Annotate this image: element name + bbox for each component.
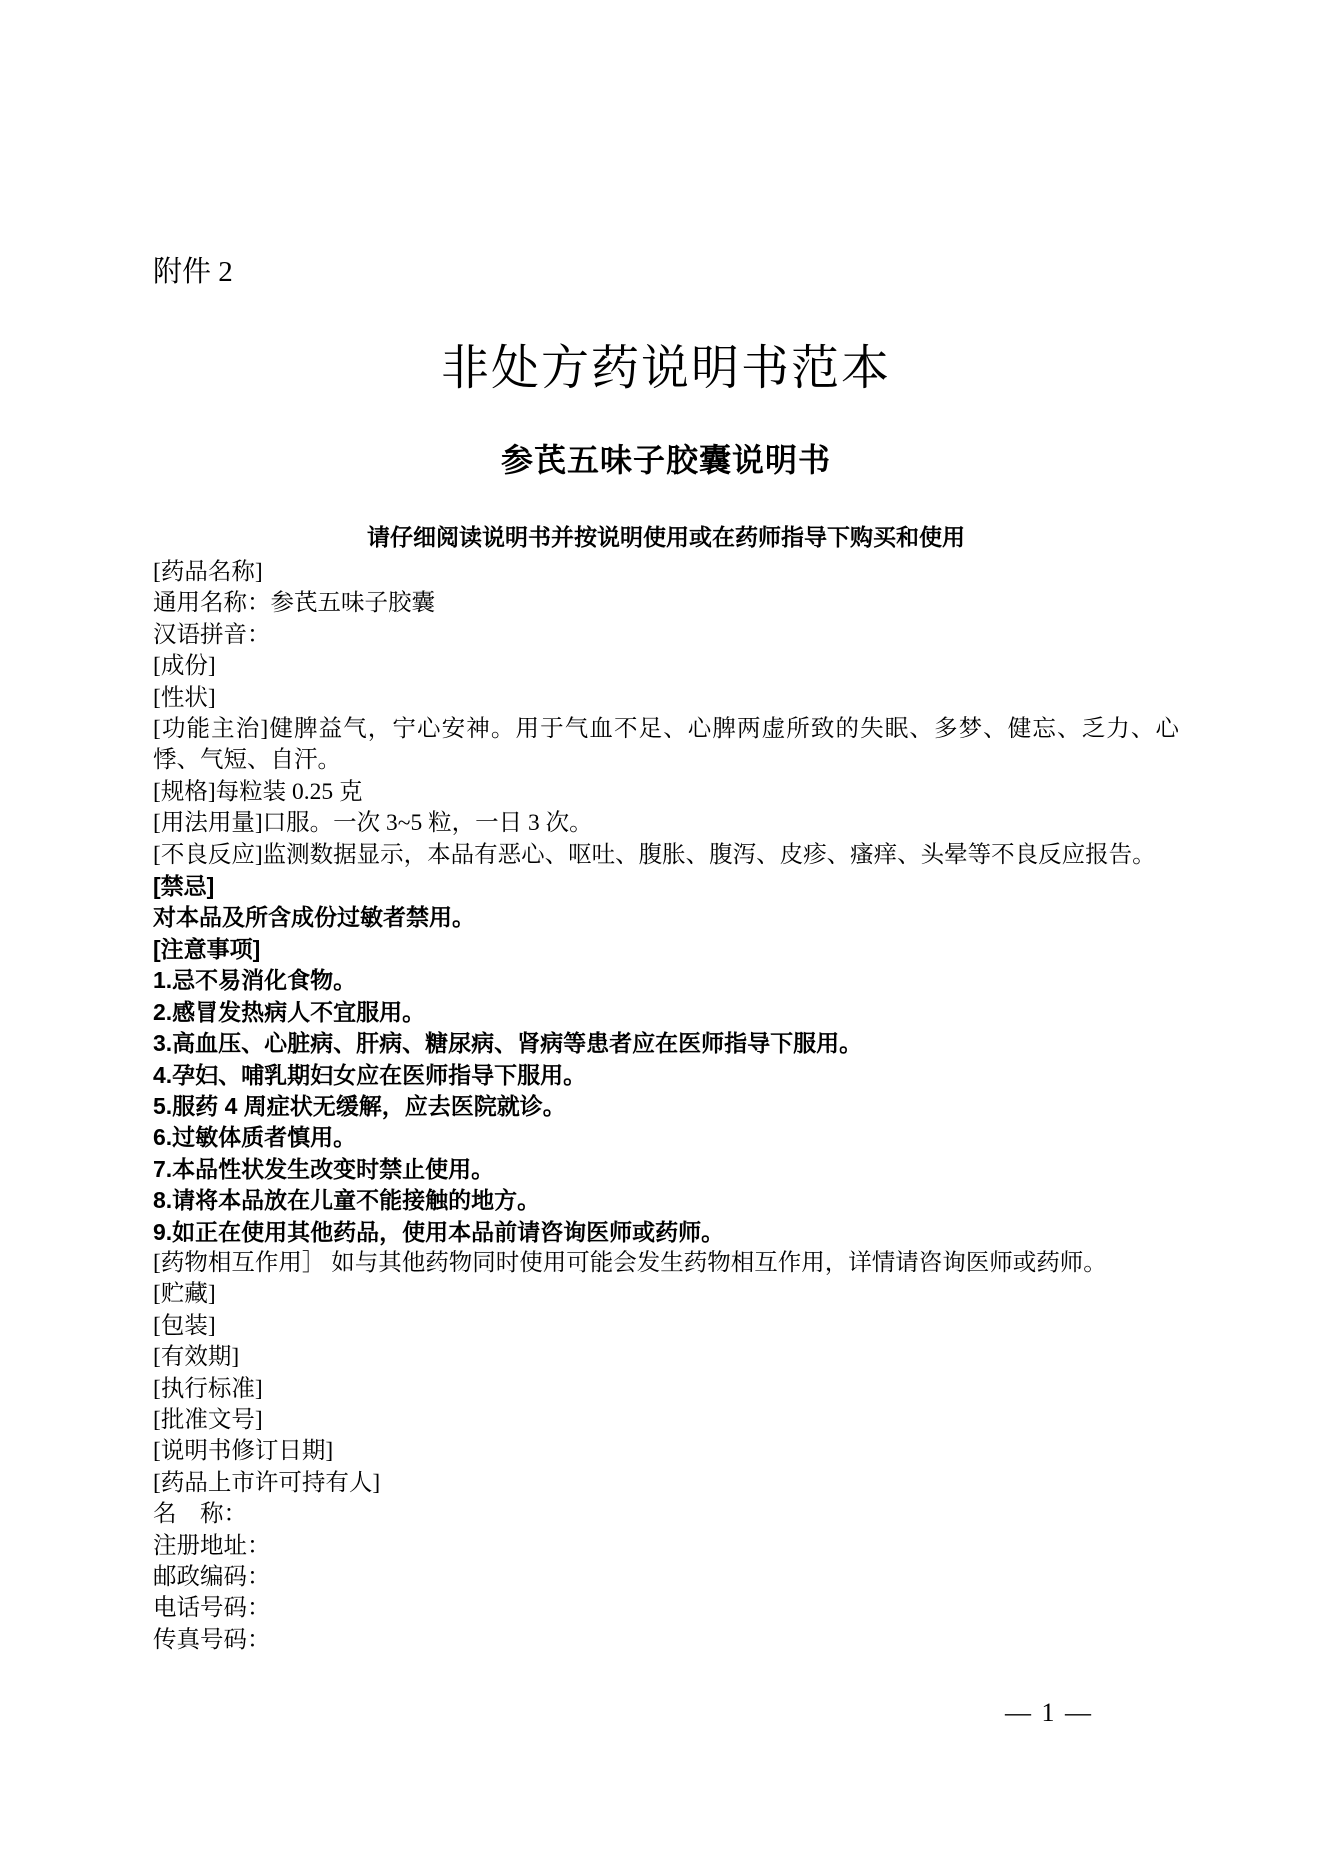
body-line: 注册地址： <box>153 1531 1179 1562</box>
body-line: [规格]每粒装 0.25 克 <box>153 777 1179 808</box>
body-line: 通用名称：参芪五味子胶囊 <box>153 588 1179 619</box>
body-line: 电话号码： <box>153 1593 1179 1624</box>
body-line: [用法用量]口服。一次 3~5 粒，一日 3 次。 <box>153 808 1179 839</box>
page-number: — 1 — <box>1005 1698 1093 1728</box>
body-line: [不良反应]监测数据显示，本品有恶心、呕吐、腹胀、腹泻、皮疹、瘙痒、头晕等不良反… <box>153 840 1179 871</box>
body-line: [成份] <box>153 651 1179 682</box>
document-title: 非处方药说明书范本 <box>153 338 1179 400</box>
body-line: 汉语拼音： <box>153 620 1179 651</box>
body-line: [有效期] <box>153 1342 1179 1373</box>
attachment-label: 附件 2 <box>153 0 1179 292</box>
body-line: [说明书修订日期] <box>153 1436 1179 1467</box>
document-body: [药品名称]通用名称：参芪五味子胶囊汉语拼音：[成份][性状][功能主治]健脾益… <box>153 557 1179 1656</box>
body-line: [禁忌] <box>153 871 1179 902</box>
body-line: 5.服药 4 周症状无缓解，应去医院就诊。 <box>153 1091 1179 1122</box>
body-line: 6.过敏体质者慎用。 <box>153 1122 1179 1153</box>
document-page: 附件 2 非处方药说明书范本 参芪五味子胶囊说明书 请仔细阅读说明书并按说明使用… <box>0 0 1323 1871</box>
body-line: [批准文号] <box>153 1405 1179 1436</box>
body-line: 2.感冒发热病人不宜服用。 <box>153 997 1179 1028</box>
drug-name-subtitle: 参芪五味子胶囊说明书 <box>153 438 1179 482</box>
body-line: [药品上市许可持有人] <box>153 1468 1179 1499</box>
body-line: [性状] <box>153 683 1179 714</box>
body-line: [执行标准] <box>153 1374 1179 1405</box>
body-line: [药物相互作用］ 如与其他药物同时使用可能会发生药物相互作用，详情请咨询医师或药… <box>153 1248 1179 1279</box>
body-line: 7.本品性状发生改变时禁止使用。 <box>153 1154 1179 1185</box>
usage-notice: 请仔细阅读说明书并按说明使用或在药师指导下购买和使用 <box>153 522 1179 552</box>
body-line: 邮政编码： <box>153 1562 1179 1593</box>
body-line: 4.孕妇、哺乳期妇女应在医师指导下服用。 <box>153 1060 1179 1091</box>
body-line: 名 称： <box>153 1499 1179 1530</box>
body-line: [注意事项] <box>153 934 1179 965</box>
body-line: 8.请将本品放在儿童不能接触的地方。 <box>153 1185 1179 1216</box>
document-content: 附件 2 非处方药说明书范本 参芪五味子胶囊说明书 请仔细阅读说明书并按说明使用… <box>153 0 1179 1656</box>
body-line: [包装] <box>153 1311 1179 1342</box>
body-line: [贮藏] <box>153 1279 1179 1310</box>
body-line: [功能主治]健脾益气，宁心安神。用于气血不足、心脾两虚所致的失眠、多梦、健忘、乏… <box>153 714 1179 777</box>
body-line: 1.忌不易消化食物。 <box>153 965 1179 996</box>
body-line: 9.如正在使用其他药品，使用本品前请咨询医师或药师。 <box>153 1217 1179 1248</box>
body-line: 传真号码： <box>153 1625 1179 1656</box>
body-line: 对本品及所含成份过敏者禁用。 <box>153 902 1179 933</box>
body-line: 3.高血压、心脏病、肝病、糖尿病、肾病等患者应在医师指导下服用。 <box>153 1028 1179 1059</box>
body-line: [药品名称] <box>153 557 1179 588</box>
